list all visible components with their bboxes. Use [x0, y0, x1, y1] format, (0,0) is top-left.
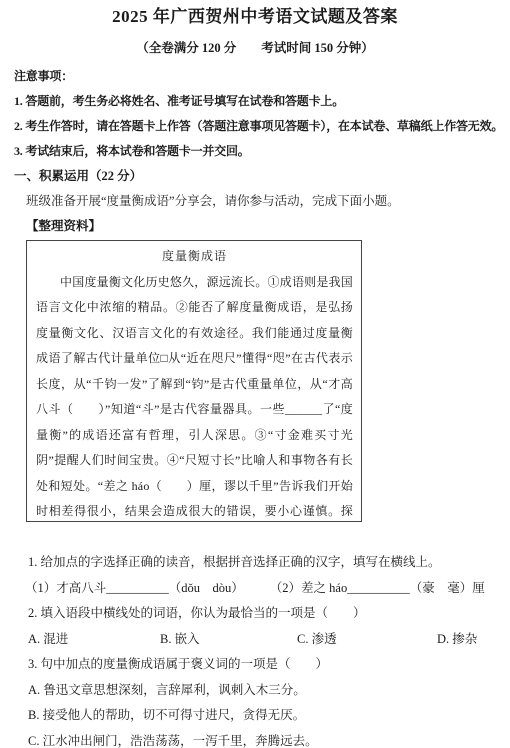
- question-1-part-1: （1）才高八斗__________（dǒu dòu）: [25, 576, 244, 602]
- notice-item-1: 1. 答题前，考生务必将姓名、准考证号填写在试卷和答题卡上。: [14, 89, 508, 114]
- question-3-stem: 3. 句中加点的度量衡成语属于褒义词的一项是（ ）: [28, 652, 500, 678]
- question-2-option-a: A. 混进: [28, 627, 160, 653]
- material-box-body: 中国度量衡文化历史悠久，源远流长。①成语则是我国语言文化中浓缩的精品。②能否了解…: [36, 270, 353, 523]
- material-box-title: 度量衡成语: [36, 244, 353, 270]
- material-label: 【整理资料】: [0, 214, 510, 239]
- section-one-heading: 一、积累运用（22 分）: [0, 164, 510, 189]
- page-title: 2025 年广西贺州中考语文试题及答案: [0, 6, 510, 28]
- questions-section: 1. 给加点的字选择正确的读音，根据拼音选择正确的汉字，填写在横线上。 （1）才…: [0, 550, 510, 748]
- notices-heading: 注意事项：: [14, 64, 508, 89]
- question-1-part-2: （2）差之 háo__________（豪 毫）厘: [270, 576, 485, 602]
- question-3-option-a: A. 鲁迅文章思想深刻，言辞犀利，讽刺入木三分。: [28, 678, 500, 704]
- question-2-stem: 2. 填入语段中横线处的词语，你认为最恰当的一项是（ ）: [28, 601, 500, 627]
- notice-item-2: 2. 考生作答时，请在答题卡上作答（答题注意事项见答题卡），在本试卷、草稿纸上作…: [14, 114, 508, 139]
- question-2-option-d: D. 掺杂: [437, 627, 500, 653]
- question-3-option-c: C. 江水冲出闸门，浩浩荡荡，一泻千里，奔腾远去。: [28, 729, 500, 748]
- notices-section: 注意事项： 1. 答题前，考生务必将姓名、准考证号填写在试卷和答题卡上。 2. …: [0, 64, 510, 164]
- question-1-parts: （1）才高八斗__________（dǒu dòu） （2）差之 háo____…: [25, 576, 500, 602]
- material-box: 度量衡成语 中国度量衡文化历史悠久，源远流长。①成语则是我国语言文化中浓缩的精品…: [26, 240, 362, 522]
- page-subtitle: （全卷满分 120 分 考试时间 150 分钟）: [0, 40, 510, 56]
- exam-paper-page: 2025 年广西贺州中考语文试题及答案 （全卷满分 120 分 考试时间 150…: [0, 0, 510, 748]
- section-intro-text: 班级准备开展“度量衡成语”分享会，请你参与活动，完成下面小题。: [0, 189, 510, 214]
- question-3-option-b: B. 接受他人的帮助，切不可得寸进尺，贪得无厌。: [28, 703, 500, 729]
- notice-item-3: 3. 考试结束后，将本试卷和答题卡一并交回。: [14, 139, 508, 164]
- question-1-stem: 1. 给加点的字选择正确的读音，根据拼音选择正确的汉字，填写在横线上。: [28, 550, 500, 576]
- question-2-option-c: C. 渗透: [297, 627, 437, 653]
- question-2-option-b: B. 嵌入: [160, 627, 297, 653]
- question-2-options: A. 混进 B. 嵌入 C. 渗透 D. 掺杂: [28, 627, 500, 653]
